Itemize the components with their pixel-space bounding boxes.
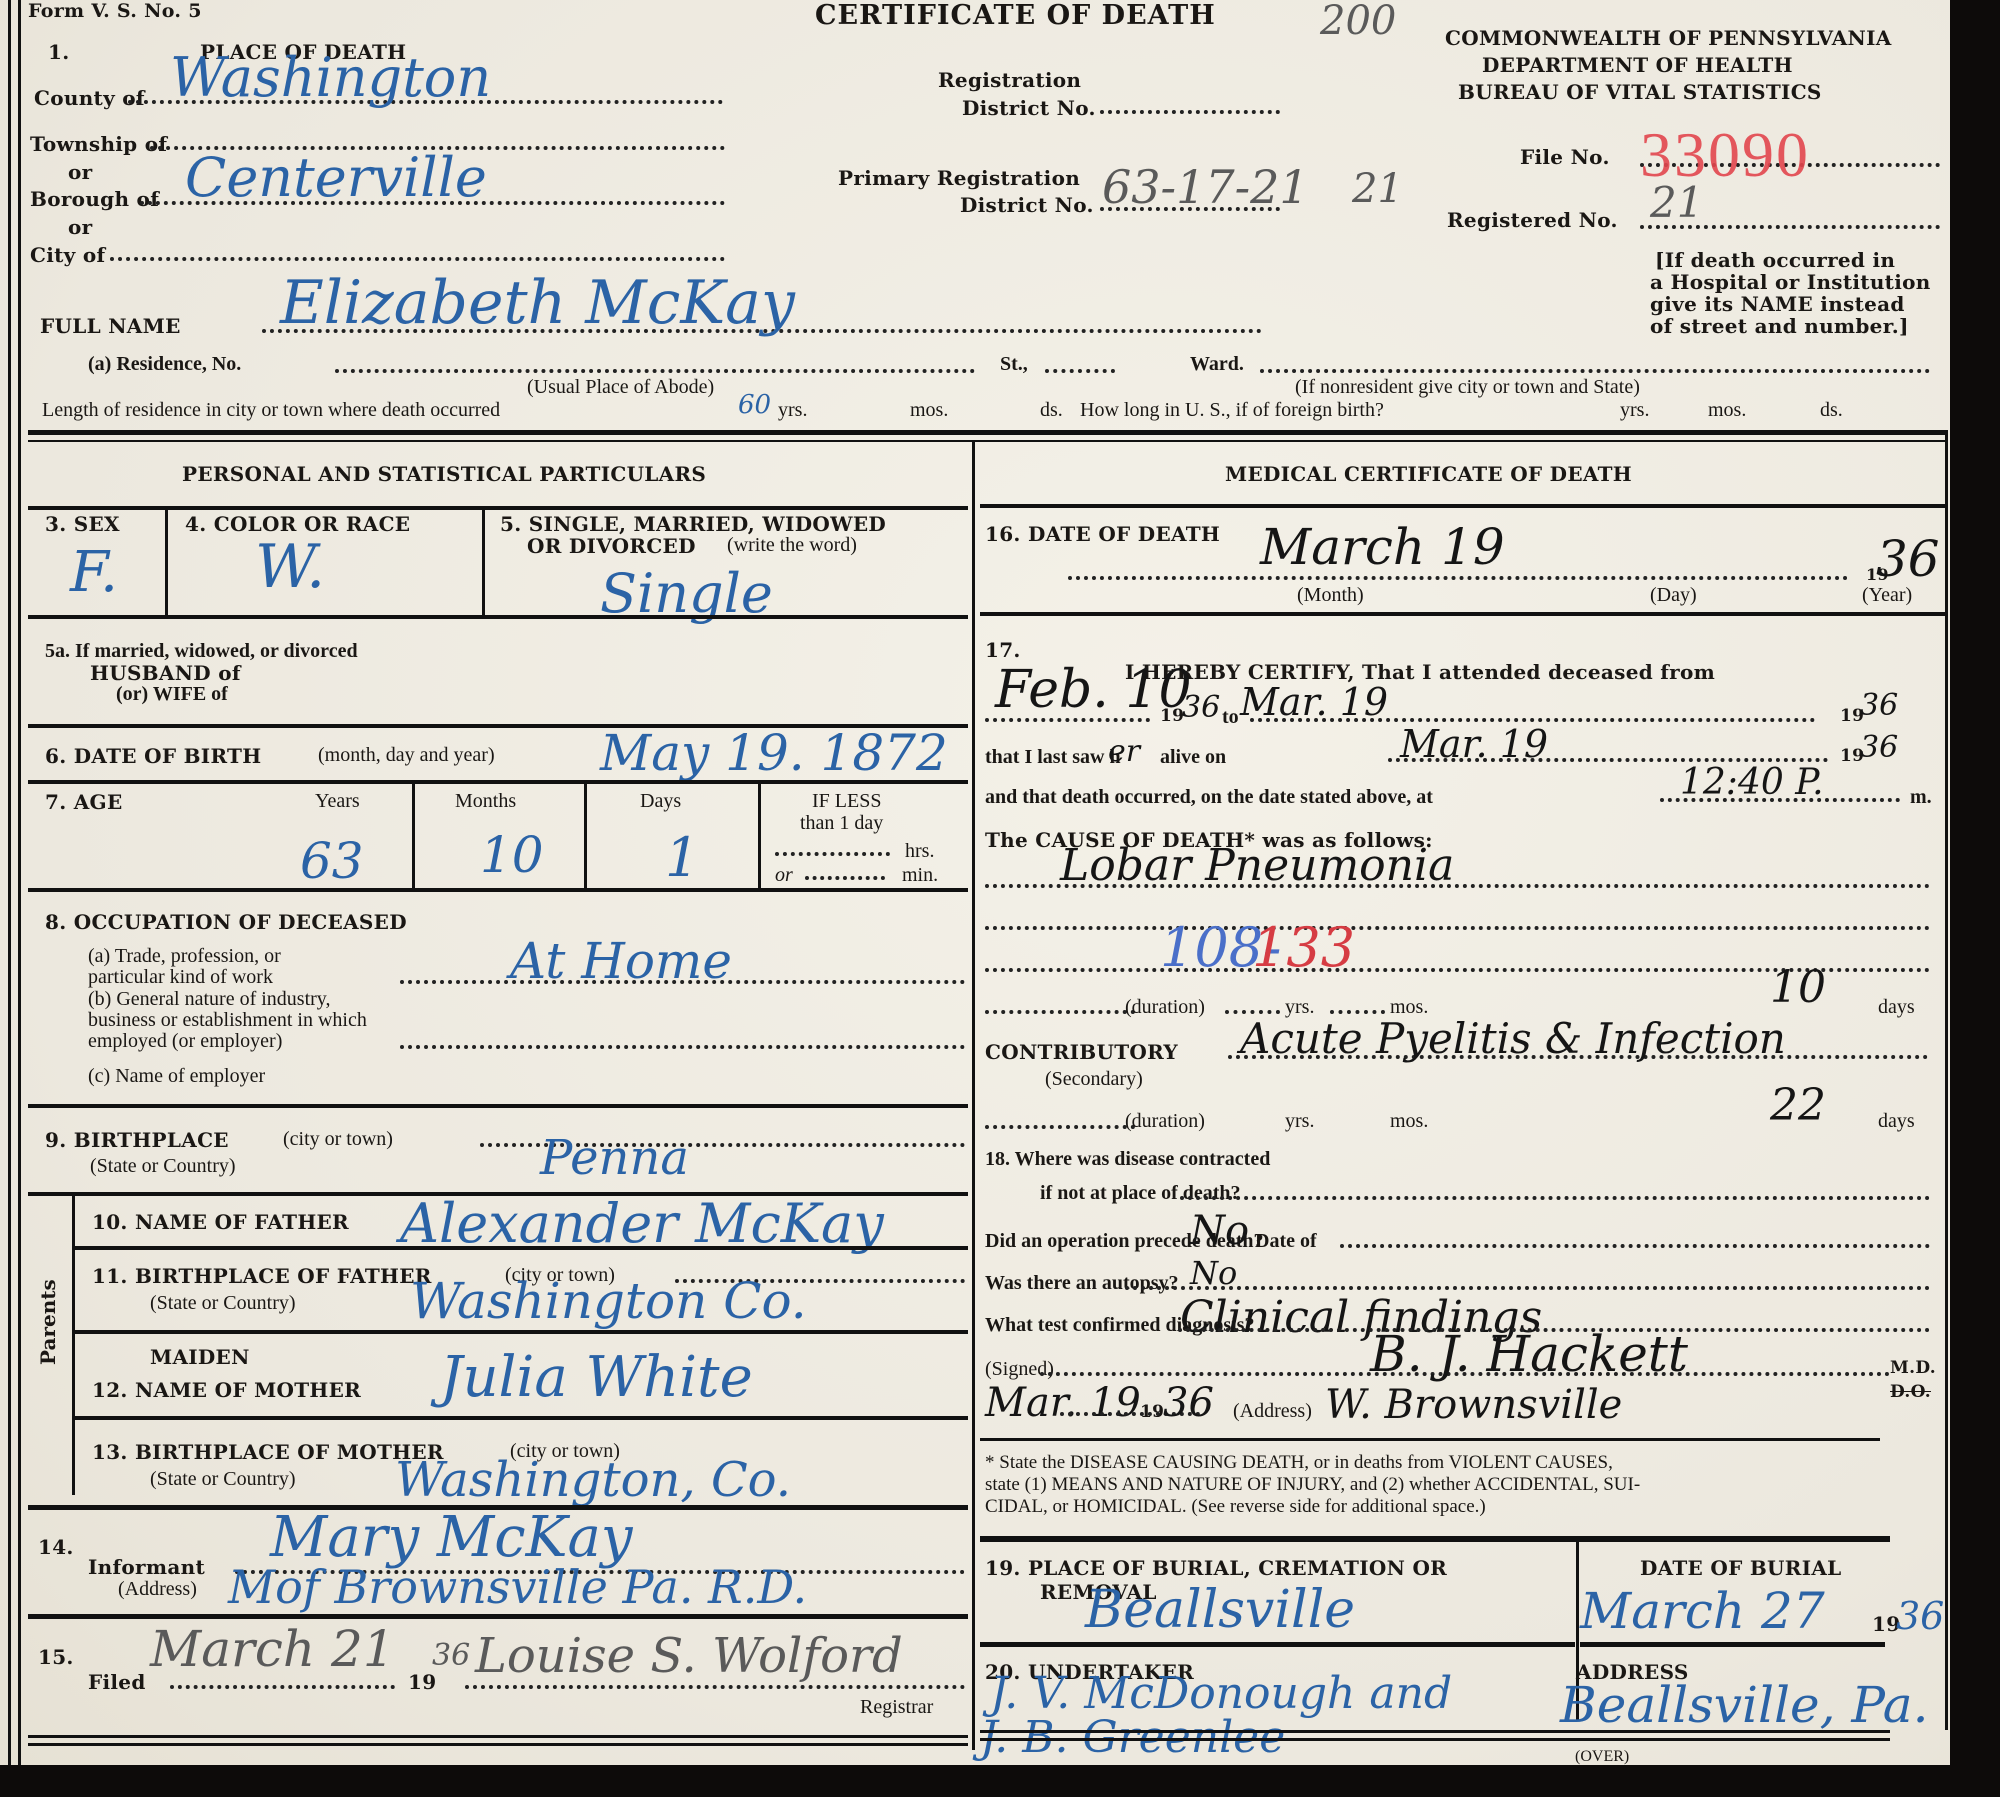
primary-registration-label-2: District No.: [960, 193, 1094, 217]
month-hint: (Month): [1297, 584, 1364, 607]
operation-value: No: [1190, 1208, 1249, 1254]
parents-label: Parents: [36, 1279, 60, 1365]
hospital-note-2: a Hospital or Institution: [1650, 270, 1931, 294]
age-months-label: Months: [455, 790, 516, 813]
father-bp-state: (State or Country): [150, 1292, 296, 1315]
age-days-label: Days: [640, 790, 681, 813]
county-label: County of: [34, 86, 145, 110]
to-label: to: [1222, 706, 1239, 729]
hrs-line: [775, 852, 890, 856]
city-line: [110, 257, 725, 261]
date-of-line: [1340, 1244, 1930, 1248]
dob-label: 6. DATE OF BIRTH: [45, 744, 261, 768]
signed-date: Mar. 19: [985, 1380, 1141, 1426]
occ-a-2: particular kind of work: [88, 966, 273, 989]
filed-line: [170, 1685, 395, 1689]
birthplace-label: 9. BIRTHPLACE: [45, 1128, 229, 1152]
father-label: 10. NAME OF FATHER: [92, 1210, 349, 1234]
borough-value: Centerville: [185, 146, 487, 209]
death-time-value: 12:40 P.: [1680, 762, 1824, 803]
sex-value: F.: [70, 540, 118, 605]
abode-note: (Usual Place of Abode): [527, 376, 714, 399]
occ-b-3: employed (or employer): [88, 1030, 282, 1053]
cert-number: 17.: [985, 638, 1021, 662]
contrib-duration-days: 22: [1770, 1080, 1826, 1131]
foreign-label: How long in U. S., if of foreign birth?: [1080, 399, 1384, 422]
registrar-signature: Louise S. Wolford: [475, 1628, 903, 1684]
form-id: Form V. S. No. 5: [28, 0, 202, 22]
age-years-label: Years: [315, 790, 360, 813]
agency-line-1: COMMONWEALTH OF PENNSYLVANIA: [1445, 26, 1892, 50]
age-months-value: 10: [480, 826, 544, 884]
registrar-label: Registrar: [860, 1696, 933, 1719]
rule-a: [28, 506, 968, 510]
age-days-value: 1: [665, 826, 699, 889]
m-label: m.: [1910, 786, 1932, 809]
rule-h: [72, 1246, 968, 1250]
footnote-2: state (1) MEANS AND NATURE OF INJURY, an…: [985, 1474, 1640, 1496]
yrs-label-2: yrs.: [1620, 399, 1649, 422]
address-label: (Address): [1233, 1400, 1312, 1423]
right-border: [1945, 430, 1948, 1730]
mos-label-2: mos.: [1708, 399, 1746, 422]
date-of-label: Date of: [1255, 1230, 1317, 1253]
mos-label: mos.: [910, 399, 948, 422]
registration-label-2: District No.: [962, 96, 1096, 120]
last-year: 36: [1860, 730, 1898, 765]
hrs-label: hrs.: [905, 840, 934, 863]
yrs-label: yrs.: [778, 399, 807, 422]
hospital-note-3: give its NAME instead: [1650, 292, 1905, 316]
borough-label: Borough of: [30, 187, 159, 211]
hospital-note-4: of street and number.]: [1650, 314, 1909, 338]
primary-registration-value: 63-17-21: [1102, 160, 1309, 214]
dob-value: May 19. 1872: [600, 724, 948, 782]
contributory-value: Acute Pyelitis & Infection: [1240, 1014, 1786, 1063]
cause-line-1: [985, 884, 1930, 888]
burial-label-1: 19. PLACE OF BURIAL, CREMATION OR: [985, 1556, 1447, 1580]
burial-date-value: March 27: [1580, 1582, 1825, 1640]
occ-b-line: [400, 1045, 965, 1049]
ds-label-2: ds.: [1820, 399, 1843, 422]
center-divider: [972, 440, 975, 1750]
undertaker-address-value: Beallsville, Pa.: [1560, 1676, 1928, 1734]
race-divider: [482, 508, 485, 618]
full-name-label: FULL NAME: [40, 314, 181, 338]
q18-line: [1180, 1196, 1930, 1200]
informant-number: 14.: [38, 1535, 74, 1559]
duration-days: 10: [1770, 962, 1826, 1013]
birthplace-state: (State or Country): [90, 1155, 236, 1178]
contrib-mos: mos.: [1390, 1110, 1428, 1133]
burial-year: 36: [1896, 1594, 1944, 1638]
registration-line: [1100, 110, 1280, 114]
rule-m: [28, 1735, 968, 1738]
certificate-title: CERTIFICATE OF DEATH: [815, 0, 1216, 31]
or-label-1: or: [68, 160, 92, 184]
footnote-3: CIDAL, or HOMICIDAL. (See reverse side f…: [985, 1496, 1486, 1518]
rule-r7: [980, 1730, 1890, 1733]
residence-label: (a) Residence, No.: [88, 353, 241, 376]
hospital-note-1: [If death occurred in: [1655, 248, 1895, 272]
burial-date-label: DATE OF BURIAL: [1640, 1556, 1842, 1580]
rule-r5: [980, 1642, 1575, 1647]
registrar-line: [465, 1685, 965, 1689]
less-label-2: than 1 day: [800, 812, 883, 835]
rule-j: [72, 1416, 968, 1420]
ward-line: [1260, 369, 1930, 373]
rule-r8: [980, 1738, 1890, 1741]
margin-note: 200: [1320, 0, 1396, 44]
to-year: 36: [1860, 688, 1898, 723]
md-label: M.D.: [1890, 1358, 1936, 1378]
age-divider-3: [758, 784, 761, 892]
ds-label: ds.: [1040, 399, 1063, 422]
duration-days-label: days: [1878, 996, 1915, 1019]
over-label: (OVER): [1575, 1748, 1629, 1766]
filed-value: March 21: [150, 1620, 395, 1678]
signed-19: 19: [1140, 1402, 1164, 1422]
from-year: 36: [1182, 690, 1220, 725]
rule-r3: [980, 1438, 1880, 1441]
last-saw-label-2: alive on: [1160, 746, 1226, 769]
mother-bp-label: 13. BIRTHPLACE OF MOTHER: [92, 1440, 444, 1464]
age-divider-1: [412, 784, 415, 892]
q18-label-2: if not at place of death?: [1040, 1182, 1241, 1205]
age-label: 7. AGE: [45, 790, 122, 814]
duration-line-2: [985, 1125, 1135, 1129]
maiden-label: MAIDEN: [150, 1345, 250, 1369]
dod-line: [1068, 576, 1848, 580]
last-saw-her: er: [1108, 734, 1140, 769]
rule-d: [28, 780, 968, 784]
margin-note-21: 21: [1352, 166, 1403, 212]
duration-line-1: [985, 1010, 1135, 1014]
file-no-label: File No.: [1520, 145, 1610, 169]
birthplace-hint: (city or town): [283, 1128, 393, 1151]
rule-e: [28, 888, 968, 892]
mother-bp-state: (State or Country): [150, 1468, 296, 1491]
length-residence-label: Length of residence in city or town wher…: [42, 399, 500, 422]
death-time-label: and that death occurred, on the date sta…: [985, 786, 1433, 809]
rule-r1: [980, 504, 1945, 508]
mother-bp-value: Washington, Co.: [395, 1452, 791, 1508]
informant-address: Mof Brownsville Pa. R.D.: [228, 1560, 807, 1614]
personal-heading: PERSONAL AND STATISTICAL PARTICULARS: [182, 462, 706, 486]
township-label: Township of: [30, 132, 167, 156]
rule-i: [72, 1330, 968, 1334]
father-bp-label: 11. BIRTHPLACE OF FATHER: [92, 1264, 432, 1288]
medical-heading: MEDICAL CERTIFICATE OF DEATH: [1225, 462, 1632, 486]
rule-r6: [1580, 1642, 1885, 1647]
filed-label: Filed: [88, 1670, 146, 1694]
contributory-label: CONTRIBUTORY: [985, 1040, 1178, 1064]
marital-label-1: 5. SINGLE, MARRIED, WIDOWED: [500, 512, 886, 536]
st-line: [1045, 369, 1115, 373]
autopsy-label: Was there an autopsy?: [985, 1272, 1179, 1295]
st-label: St.,: [1000, 353, 1028, 376]
occ-b-2: business or establishment in which: [88, 1009, 367, 1032]
contrib-yrs: yrs.: [1285, 1110, 1314, 1133]
agency-line-2: DEPARTMENT OF HEALTH: [1482, 53, 1793, 77]
death-certificate-paper: Form V. S. No. 5 CERTIFICATE OF DEATH 20…: [0, 0, 1950, 1765]
county-value: Washington: [170, 46, 491, 109]
section-rule-2: [28, 440, 1946, 442]
address-value: W. Brownsville: [1325, 1382, 1622, 1428]
q18-label-1: 18. Where was disease contracted: [985, 1148, 1270, 1171]
rule-l: [28, 1614, 968, 1619]
marital-label-3: (write the word): [727, 534, 857, 557]
birthplace-value: Penna: [540, 1130, 689, 1186]
place-of-death-number: 1.: [48, 40, 69, 64]
secondary-label: (Secondary): [1045, 1068, 1143, 1091]
dod-label: 16. DATE OF DEATH: [985, 522, 1220, 546]
parents-divider: [72, 1195, 75, 1495]
agency-line-3: BUREAU OF VITAL STATISTICS: [1458, 80, 1822, 104]
signed-value: B. J. Hackett: [1370, 1325, 1688, 1383]
spouse-label-1: 5a. If married, widowed, or divorced: [45, 640, 358, 663]
full-name-value: Elizabeth McKay: [280, 268, 795, 338]
duration-label: (duration): [1125, 996, 1205, 1019]
spouse-label-2: HUSBAND of: [90, 661, 241, 685]
dod-value: March 19: [1260, 518, 1505, 576]
left-border-inner: [18, 0, 21, 1765]
rule-b: [28, 615, 968, 619]
age-years-value: 63: [300, 832, 364, 890]
occ-b-1: (b) General nature of industry,: [88, 988, 331, 1011]
filed-year: 36: [432, 1638, 470, 1673]
mother-label: 12. NAME OF MOTHER: [92, 1378, 361, 1402]
filed-19: 19: [408, 1670, 436, 1694]
autopsy-line: [1125, 1286, 1930, 1290]
age-divider-2: [584, 784, 587, 892]
contrib-days-label: days: [1878, 1110, 1915, 1133]
rule-n: [28, 1743, 968, 1746]
spouse-label-3: (or) WIFE of: [116, 683, 228, 706]
registered-no-value: 21: [1650, 178, 1703, 227]
sex-label: 3. SEX: [45, 512, 120, 536]
ward-label: Ward.: [1190, 353, 1244, 376]
occ-a-value: At Home: [510, 932, 732, 990]
burial-value: Beallsville: [1085, 1580, 1355, 1640]
cause-line-2: [985, 926, 1930, 930]
from-19: 19: [1160, 706, 1184, 726]
father-bp-value: Washington Co.: [410, 1272, 807, 1330]
registered-no-label: Registered No.: [1447, 208, 1618, 232]
last-saw-value: Mar. 19: [1400, 722, 1548, 766]
informant-label: Informant: [88, 1555, 205, 1579]
race-value: W.: [255, 532, 325, 602]
or-label: or: [775, 864, 793, 887]
filed-number: 15.: [38, 1645, 74, 1669]
rule-r4: [980, 1536, 1890, 1542]
contrib-duration-label: (duration): [1125, 1110, 1205, 1133]
signed-label: (Signed): [985, 1358, 1054, 1381]
footnote-1: * State the DISEASE CAUSING DEATH, or in…: [985, 1452, 1613, 1474]
min-line: [805, 876, 885, 880]
year-hint: (Year): [1862, 584, 1912, 607]
occ-c: (c) Name of employer: [88, 1065, 265, 1088]
registration-label-1: Registration: [938, 68, 1081, 92]
signed-year: 36: [1163, 1380, 1214, 1426]
min-label: min.: [902, 864, 938, 887]
do-label: D.O.: [1890, 1382, 1931, 1402]
occ-a-1: (a) Trade, profession, or: [88, 945, 281, 968]
or-label-2: or: [68, 215, 92, 239]
less-label-1: IF LESS: [812, 790, 881, 813]
length-residence-years: 60: [738, 390, 771, 420]
rule-f: [28, 1104, 968, 1108]
last-saw-label-1: that I last saw h: [985, 746, 1121, 769]
nonresident-note: (If nonresident give city or town and St…: [1295, 376, 1640, 399]
section-rule: [28, 430, 1946, 435]
mother-value: Julia White: [440, 1345, 753, 1410]
marital-label-2: OR DIVORCED: [527, 534, 696, 558]
from-line: [985, 718, 1150, 722]
sex-divider: [165, 508, 168, 618]
informant-address-label: (Address): [118, 1578, 197, 1601]
dob-hint: (month, day and year): [318, 744, 495, 767]
rule-r2: [980, 612, 1945, 616]
cert-text: I HEREBY CERTIFY, That I attended deceas…: [1125, 660, 1715, 684]
residence-line: [335, 369, 975, 373]
city-label: City of: [30, 243, 105, 267]
left-border: [8, 0, 11, 1765]
day-hint: (Day): [1650, 584, 1697, 607]
occupation-label: 8. OCCUPATION OF DECEASED: [45, 910, 407, 934]
dod-year: 36: [1876, 530, 1940, 588]
primary-registration-label-1: Primary Registration: [838, 166, 1080, 190]
